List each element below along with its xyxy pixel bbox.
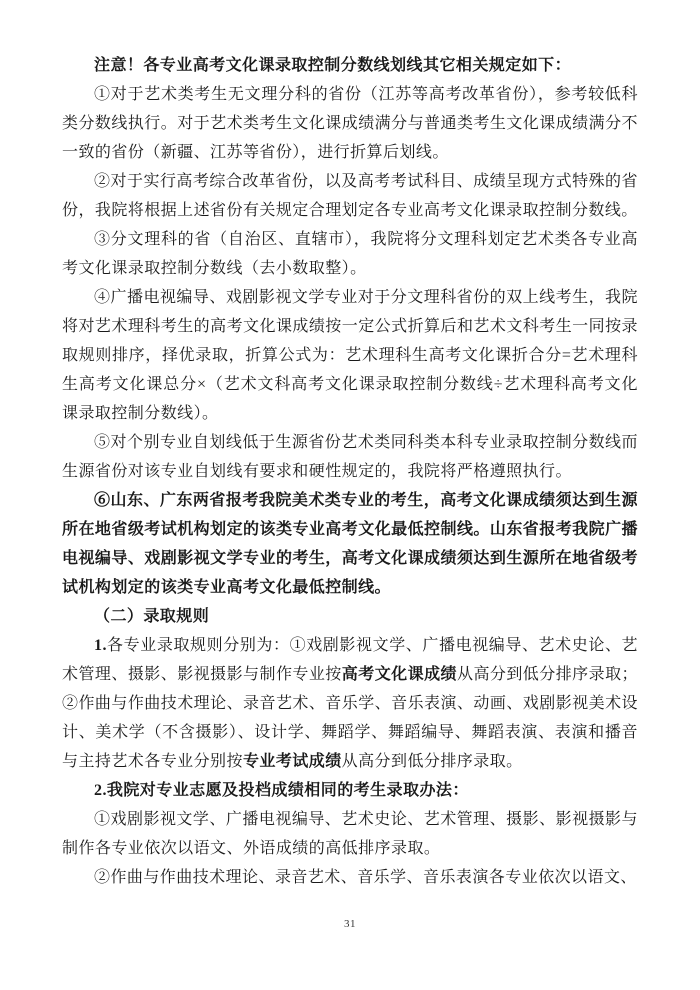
text-segment: 注意！各专业高考文化课录取控制分数线划线其它相关规定如下：	[94, 57, 571, 74]
text-segment: 2.我院对专业志愿及投档成绩相同的考生录取办法：	[94, 782, 469, 799]
paragraph-rule-2: ②对于实行高考综合改革省份，以及高考考试科目、成绩呈现方式特殊的省份，我院将根据…	[62, 167, 638, 225]
document-page: 注意！各专业高考文化课录取控制分数线划线其它相关规定如下：①对于艺术类考生无文理…	[62, 51, 638, 892]
text-segment: ⑤对个别专业自划线低于生源省份艺术类同科类本科专业录取控制分数线而生源省份对该专…	[62, 434, 638, 480]
paragraph-admission-rule-2-heading: 2.我院对专业志愿及投档成绩相同的考生录取办法：	[62, 776, 638, 805]
page-number: 31	[344, 918, 356, 930]
paragraph-tie-break-rule-2: ②作曲与作曲技术理论、录音艺术、音乐学、音乐表演各专业依次以语文、	[62, 863, 638, 892]
paragraph-rule-3: ③分文理科的省（自治区、直辖市），我院将分文理科划定艺术类各专业高考文化课录取控…	[62, 225, 638, 283]
text-segment: ⑥山东、广东两省报考我院美术类专业的考生，高考文化课成绩须达到生源所在地省级考试…	[62, 492, 638, 596]
page-footer: 31	[0, 914, 700, 932]
text-segment: ②作曲与作曲技术理论、录音艺术、音乐学、音乐表演各专业依次以语文、	[94, 869, 637, 886]
paragraph-rule-6: ⑥山东、广东两省报考我院美术类专业的考生，高考文化课成绩须达到生源所在地省级考试…	[62, 486, 638, 602]
paragraph-admission-rule-1: 1.各专业录取规则分别为：①戏剧影视文学、广播电视编导、艺术史论、艺术管理、摄影…	[62, 631, 638, 776]
paragraph-rule-1: ①对于艺术类考生无文理分科的省份（江苏等高考改革省份），参考较低科类分数线执行。…	[62, 80, 638, 167]
paragraph-rule-4: ④广播电视编导、戏剧影视文学专业对于分文理科省份的双上线考生，我院将对艺术理科考…	[62, 283, 638, 428]
text-segment: 专业考试成绩	[243, 753, 342, 770]
paragraph-notice-heading: 注意！各专业高考文化课录取控制分数线划线其它相关规定如下：	[62, 51, 638, 80]
paragraph-rule-5: ⑤对个别专业自划线低于生源省份艺术类同科类本科专业录取控制分数线而生源省份对该专…	[62, 428, 638, 486]
text-segment: 高考文化课成绩	[342, 666, 457, 683]
text-segment: ①戏剧影视文学、广播电视编导、艺术史论、艺术管理、摄影、影视摄影与制作各专业依次…	[62, 811, 638, 857]
paragraph-tie-break-rule-1: ①戏剧影视文学、广播电视编导、艺术史论、艺术管理、摄影、影视摄影与制作各专业依次…	[62, 805, 638, 863]
text-segment: （二）录取规则	[94, 608, 209, 625]
text-segment: ①对于艺术类考生无文理分科的省份（江苏等高考改革省份），参考较低科类分数线执行。…	[62, 86, 638, 161]
paragraph-section-heading-admission-rules: （二）录取规则	[62, 602, 638, 631]
text-segment: ②对于实行高考综合改革省份，以及高考考试科目、成绩呈现方式特殊的省份，我院将根据…	[62, 173, 638, 219]
text-segment: 1.	[94, 637, 107, 654]
text-segment: 从高分到低分排序录取。	[342, 753, 523, 770]
text-segment: ③分文理科的省（自治区、直辖市），我院将分文理科划定艺术类各专业高考文化课录取控…	[62, 231, 638, 277]
text-segment: ④广播电视编导、戏剧影视文学专业对于分文理科省份的双上线考生，我院将对艺术理科考…	[62, 289, 638, 422]
